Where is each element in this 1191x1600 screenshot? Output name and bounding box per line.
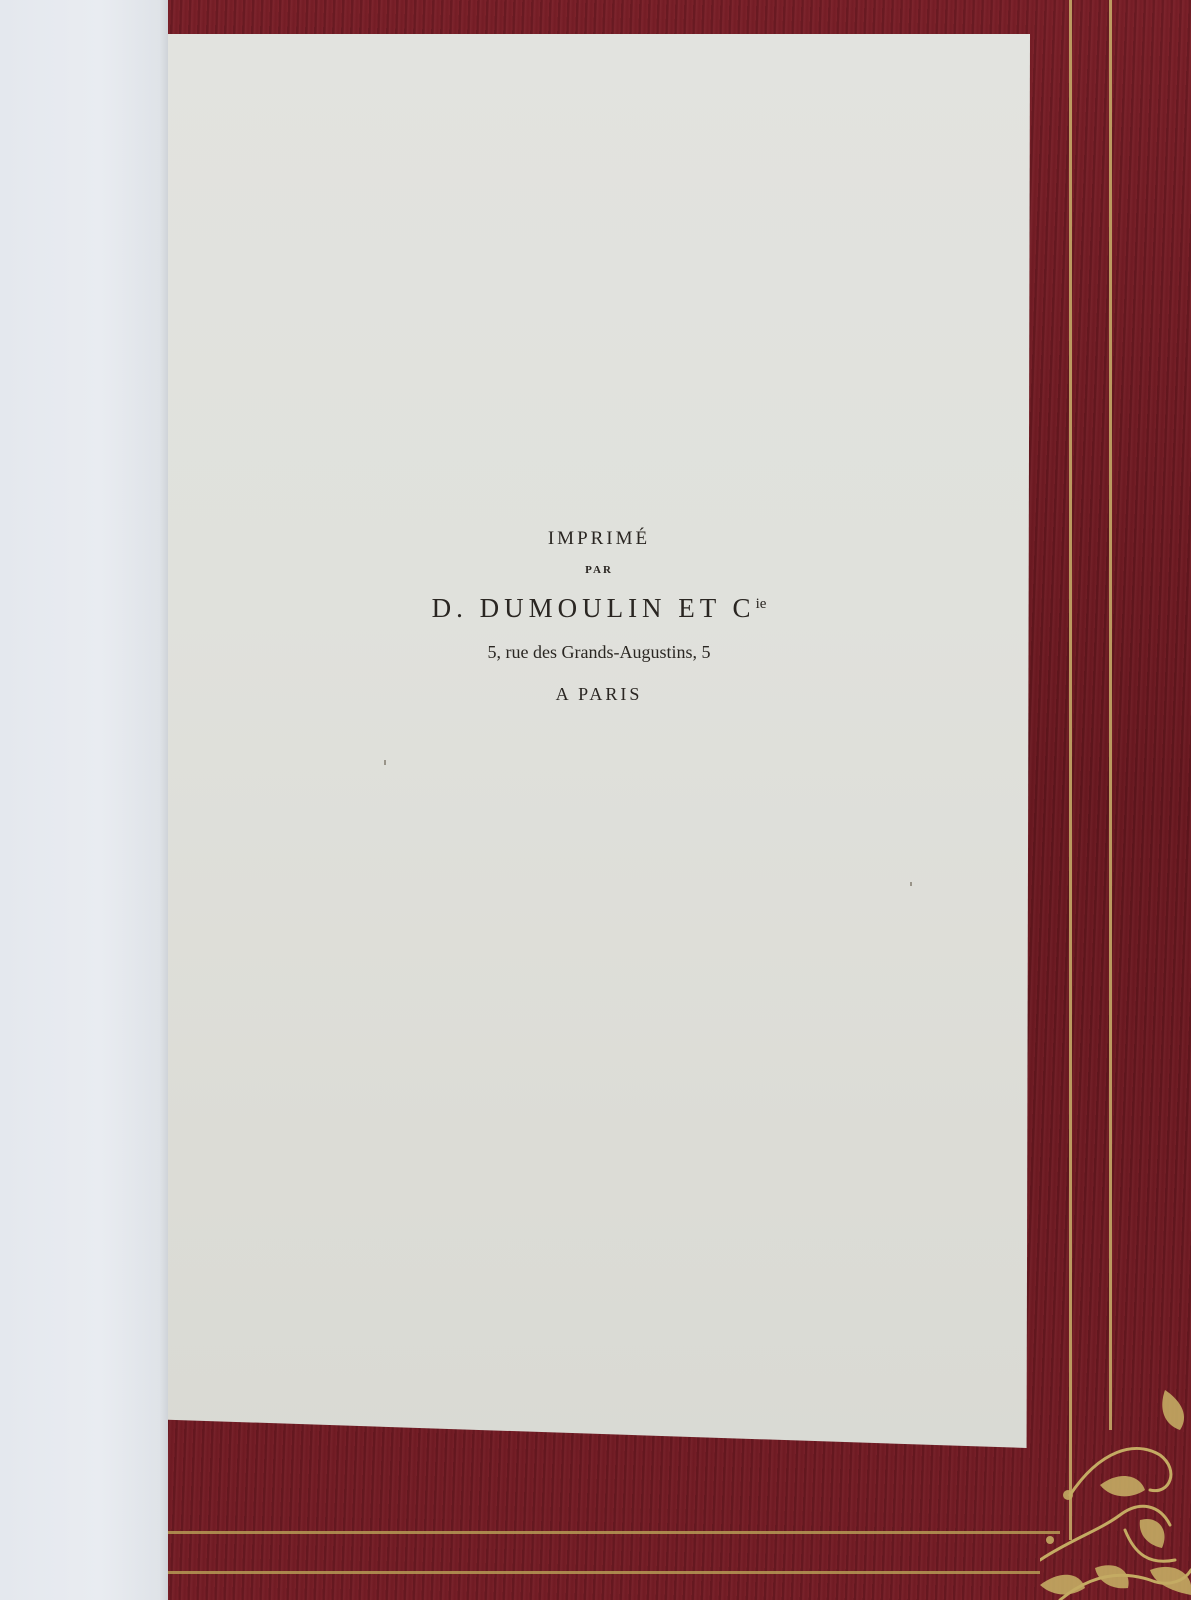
- gilt-border-line-outer-vertical: [1109, 0, 1112, 1430]
- gilt-corner-ornament-icon: [1040, 1330, 1191, 1600]
- imprint-page: IMPRIMÉ PAR D. DUMOULIN ET Cie 5, rue de…: [168, 34, 1030, 1448]
- imprint-par: PAR: [168, 564, 1030, 576]
- gilt-border-line-outer-horizontal: [160, 1571, 1040, 1574]
- imprint-city: A PARIS: [168, 684, 1030, 705]
- printer-imprint: IMPRIMÉ PAR D. DUMOULIN ET Cie 5, rue de…: [168, 528, 1030, 705]
- gilt-border-line-inner-horizontal: [160, 1531, 1060, 1534]
- imprint-printer-name: D. DUMOULIN ET Cie: [168, 593, 1030, 624]
- imprint-imprime: IMPRIMÉ: [168, 528, 1030, 550]
- imprint-address: 5, rue des Grands-Augustins, 5: [168, 642, 1030, 663]
- flyleaf-page: [0, 0, 168, 1600]
- gilt-border-line-inner-vertical: [1069, 0, 1072, 1540]
- imprint-printer-suffix: ie: [756, 596, 767, 612]
- paper-foxing-mark: [910, 882, 912, 886]
- paper-foxing-mark: [384, 760, 386, 765]
